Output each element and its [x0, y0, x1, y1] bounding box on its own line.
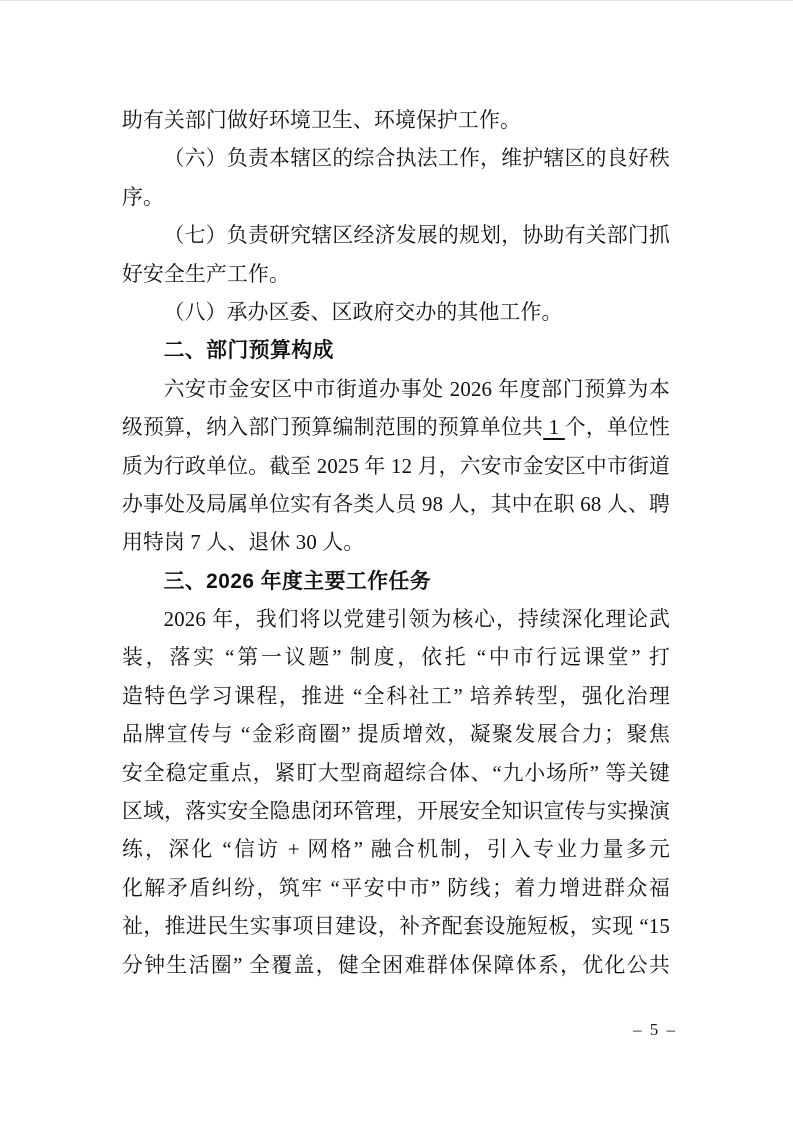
text-line: 安全稳定重点，紧盯大型商超综合体、“九小场所” 等关键 [122, 755, 670, 793]
text-line: 级预算，纳入部门预算编制范围的预算单位共 1 个，单位性 [122, 409, 670, 447]
text-run: 区域，落实安全隐患闭环管理，开展安全知识宣传与实操演 [122, 800, 670, 823]
text-run: 分钟生活圈” 全覆盖，健全困难群体保障体系，优化公共 [122, 954, 670, 977]
text-run: 2026 年，我们将以党建引领为核心，持续深化理论武 [164, 608, 670, 631]
text-line: 序。 [122, 179, 670, 217]
text-run: （六）负责本辖区的综合执法工作，维护辖区的良好秩 [164, 147, 670, 170]
text-line: 助有关部门做好环境卫生、环境保护工作。 [122, 102, 670, 140]
text-run: 练，深化 “信访 + 网格” 融合机制，引入专业力量多元 [122, 838, 670, 861]
section-heading: 三、2026 年度主要工作任务 [122, 563, 670, 601]
text-run: 三、2026 年度主要工作任务 [164, 570, 432, 593]
text-run: 好安全生产工作。 [122, 263, 290, 286]
text-line: 装，落实 “第一议题” 制度，依托 “中市行远课堂” 打 [122, 639, 670, 677]
text-line: 练，深化 “信访 + 网格” 融合机制，引入专业力量多元 [122, 831, 670, 869]
text-line: 祉，推进民生实事项目建设，补齐配套设施短板，实现 “15 [122, 908, 670, 946]
text-run: 品牌宣传与 “金彩商圈” 提质增效，凝聚发展合力；聚焦 [122, 723, 670, 746]
text-run: 序。 [122, 186, 164, 209]
text-line: 品牌宣传与 “金彩商圈” 提质增效，凝聚发展合力；聚焦 [122, 716, 670, 754]
text-line: 用特岗 7 人、退休 30 人。 [122, 524, 670, 562]
text-run: 安全稳定重点，紧盯大型商超综合体、“九小场所” 等关键 [122, 762, 670, 785]
text-line: （八）承办区委、区政府交办的其他工作。 [122, 294, 670, 332]
text-run: 办事处及局属单位实有各类人员 98 人，其中在职 68 人、聘 [122, 493, 670, 516]
text-run: 化解矛盾纠纷，筑牢 “平安中市” 防线；着力增进群众福 [122, 877, 670, 900]
page-number: – 5 – [633, 1020, 677, 1040]
text-run: 用特岗 7 人、退休 30 人。 [122, 531, 364, 554]
text-line: 分钟生活圈” 全覆盖，健全困难群体保障体系，优化公共 [122, 947, 670, 985]
text-line: 六安市金安区中市街道办事处 2026 年度部门预算为本 [122, 371, 670, 409]
text-line: 2026 年，我们将以党建引领为核心，持续深化理论武 [122, 601, 670, 639]
text-line: 质为行政单位。截至 2025 年 12 月，六安市金安区中市街道 [122, 448, 670, 486]
text-line: 办事处及局属单位实有各类人员 98 人，其中在职 68 人、聘 [122, 486, 670, 524]
text-run: 级预算，纳入部门预算编制范围的预算单位共 [122, 416, 543, 439]
text-line: 区域，落实安全隐患闭环管理，开展安全知识宣传与实操演 [122, 793, 670, 831]
text-run: 个，单位性 [565, 416, 670, 439]
text-line: （七）负责研究辖区经济发展的规划，协助有关部门抓 [122, 217, 670, 255]
text-run: 质为行政单位。截至 2025 年 12 月，六安市金安区中市街道 [122, 455, 670, 478]
text-run: 祉，推进民生实事项目建设，补齐配套设施短板，实现 “15 [122, 915, 670, 938]
document-page: 助有关部门做好环境卫生、环境保护工作。（六）负责本辖区的综合执法工作，维护辖区的… [0, 0, 793, 1122]
text-run: 六安市金安区中市街道办事处 2026 年度部门预算为本 [164, 378, 670, 401]
document-body: 助有关部门做好环境卫生、环境保护工作。（六）负责本辖区的综合执法工作，维护辖区的… [122, 102, 670, 985]
text-run: 二、部门预算构成 [164, 339, 334, 362]
text-run: （八）承办区委、区政府交办的其他工作。 [164, 301, 563, 324]
text-run: （七）负责研究辖区经济发展的规划，协助有关部门抓 [164, 224, 670, 247]
text-line: 好安全生产工作。 [122, 256, 670, 294]
text-run: 装，落实 “第一议题” 制度，依托 “中市行远课堂” 打 [122, 646, 670, 669]
text-run: 助有关部门做好环境卫生、环境保护工作。 [122, 109, 521, 132]
text-line: （六）负责本辖区的综合执法工作，维护辖区的良好秩 [122, 140, 670, 178]
text-run: 造特色学习课程，推进 “全科社工” 培养转型，强化治理 [122, 685, 670, 708]
section-heading: 二、部门预算构成 [122, 332, 670, 370]
underlined-value: 1 [543, 416, 565, 439]
text-line: 造特色学习课程，推进 “全科社工” 培养转型，强化治理 [122, 678, 670, 716]
text-line: 化解矛盾纠纷，筑牢 “平安中市” 防线；着力增进群众福 [122, 870, 670, 908]
